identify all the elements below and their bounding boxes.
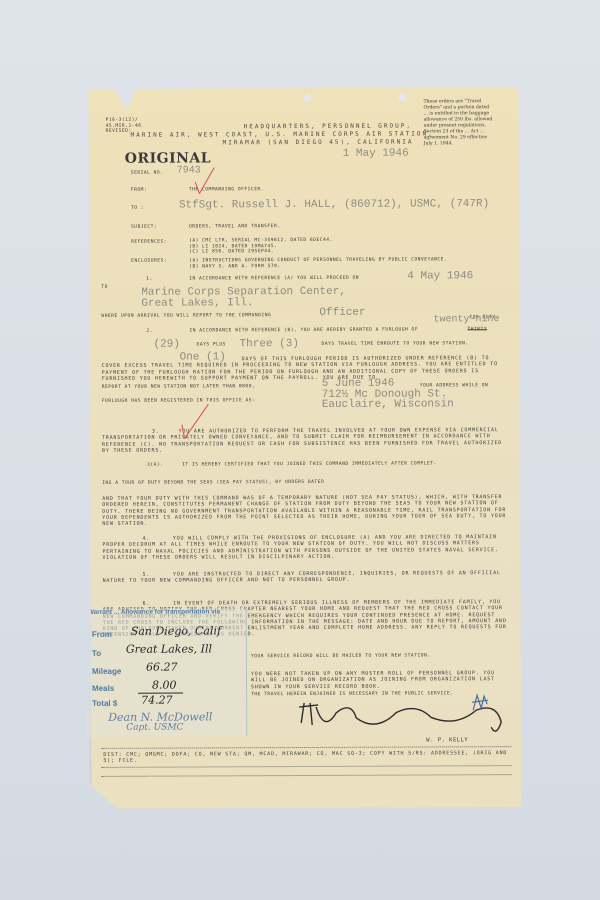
to-label: TO : [131, 206, 144, 211]
report-deadline-text: REPORT AT YOUR NEW STATION NOT LATER THA… [102, 384, 256, 390]
destination: Marine Corps Separation Center, Great La… [141, 287, 346, 310]
baggage-stamp-note: These orders are "Travel Orders" and a p… [423, 99, 493, 147]
divider [101, 746, 511, 749]
p3a-text-2: ING A TOUR OF DUTY BEYOND THE SEAS (SEA … [102, 480, 324, 486]
divider [101, 765, 511, 768]
p3a-text-3: AND THAT YOUR DUTY WITH THIS COMMAND WAS… [102, 494, 507, 527]
p1-to: TO [101, 285, 108, 290]
p1-text: IN ACCORDANCE WITH REFERENCE (A) YOU WIL… [189, 276, 359, 282]
voucher-mileage-label: Mileage [92, 667, 121, 676]
signer-name: W. P. KELLY [426, 737, 468, 743]
p3a-text: IT IS HEREBY CERTIFIED THAT YOU JOINED T… [182, 461, 437, 467]
punch-hole [303, 94, 311, 102]
header-line-2: MARINE AIR, WEST COAST, U.S. MARINE CORP… [131, 130, 434, 138]
voucher-from-label: From [92, 630, 112, 639]
report-to: Officer [319, 307, 365, 319]
blue-initials [469, 692, 491, 714]
punch-hole [398, 94, 406, 102]
furlough-days: (29) [154, 339, 180, 351]
p8-text: YOU WERE NOT TAKEN UP ON ANY MUSTER ROLL… [251, 670, 511, 690]
references-label: REFERENCES: [131, 240, 167, 245]
p5-text: 5. YOU ARE INSTRUCTED TO DIRECT ANY CORR… [103, 570, 508, 584]
registered-text: FURLOUGH HAS BEEN REGISTERED IN THIS OFF… [102, 398, 256, 404]
header-line-1: HEADQUARTERS, PERSONNEL GROUP, [244, 123, 412, 131]
voucher-from-value: San Diego, Calif [131, 624, 221, 637]
furlough-struck-word: THIRTY [467, 327, 487, 332]
subject-label: SUBJECT: [131, 225, 157, 230]
serial-label: SERIAL No. [131, 171, 164, 176]
p1-number: 1. [146, 277, 153, 282]
p7-text: YOUR SERVICE RECORD WILL BE MAILED TO YO… [251, 653, 431, 659]
voucher-meals-value: 8.00 [152, 679, 177, 692]
travel-orders-document: P16-3(12)/ 45.MIR.1-46 REVISED: HEADQUAR… [88, 87, 521, 809]
subject-value: ORDERS, TRAVEL AND TRANSFER. [189, 224, 280, 229]
p3a-number: 3(A). [147, 463, 163, 468]
references-list: (A) CMC LTR, SERIAL MC-359612, DATED 6DE… [189, 238, 333, 255]
travel-days: Three (3) [240, 338, 299, 350]
p2-number: 2. [146, 329, 153, 334]
p2-text: IN ACCORDANCE WITH REFERENCE (B), YOU AR… [189, 328, 418, 334]
proceed-date: 4 May 1946 [407, 270, 473, 282]
header-line-3: MIRAMAR (SAN DIEGO 45), CALIFORNIA [223, 139, 414, 147]
enclosures-label: ENCLOSURES: [131, 259, 167, 264]
transportation-voucher-slip: Warrant ... Allowance for transportation… [86, 608, 248, 737]
p3-text: 3. YOU ARE AUTHORIZED TO PERFORM THE TRA… [102, 427, 507, 454]
voucher-title: Warrant ... Allowance for transportation… [88, 608, 220, 616]
voucher-meals-label: Meals [92, 684, 114, 693]
p1-report-text: WHERE UPON ARRIVAL YOU WILL REPORT TO TH… [101, 313, 271, 319]
enclosures-list: (A) INSTRUCTIONS GOVERNING CONDUCT OF PE… [189, 257, 447, 269]
document-date: 1 May 1946 [343, 148, 409, 160]
divider [101, 774, 511, 777]
travel-days-text: DAYS TRAVEL TIME ENROUTE TO YOUR NEW STA… [322, 341, 469, 347]
p2-excess-text: DAYS OF THIS FURLOUGH PERIOD IS AUTHORIZ… [102, 355, 507, 382]
days-plus: DAYS PLUS [197, 342, 226, 347]
furlough-address: 712½ Mc Donough St. Eauclaire, Wisconsin [322, 389, 454, 410]
voucher-to-label: To [92, 649, 101, 658]
voucher-signature-title: Capt. USMC [126, 723, 183, 733]
voucher-total-value: 74.27 [141, 694, 173, 707]
p4-text: 4. YOU WILL COMPLY WITH THE PROVISIONS O… [102, 534, 507, 561]
serial-number: 7943 [177, 165, 201, 176]
to-value: StfSgt. Russell J. HALL, (860712), USMC,… [179, 198, 489, 211]
distribution-list: DIST: CMC; QMGMC; DOFA; CO, NEW STA; QM,… [103, 750, 508, 764]
from-label: FROM: [131, 188, 147, 193]
voucher-to-value: Great Lakes, Ill [126, 642, 212, 655]
furlough-typed-word: twenty-nine [433, 314, 499, 325]
original-stamp: ORIGINAL [125, 150, 211, 166]
voucher-mileage-value: 66.27 [146, 661, 178, 674]
voucher-total-label: Total $ [92, 699, 117, 708]
